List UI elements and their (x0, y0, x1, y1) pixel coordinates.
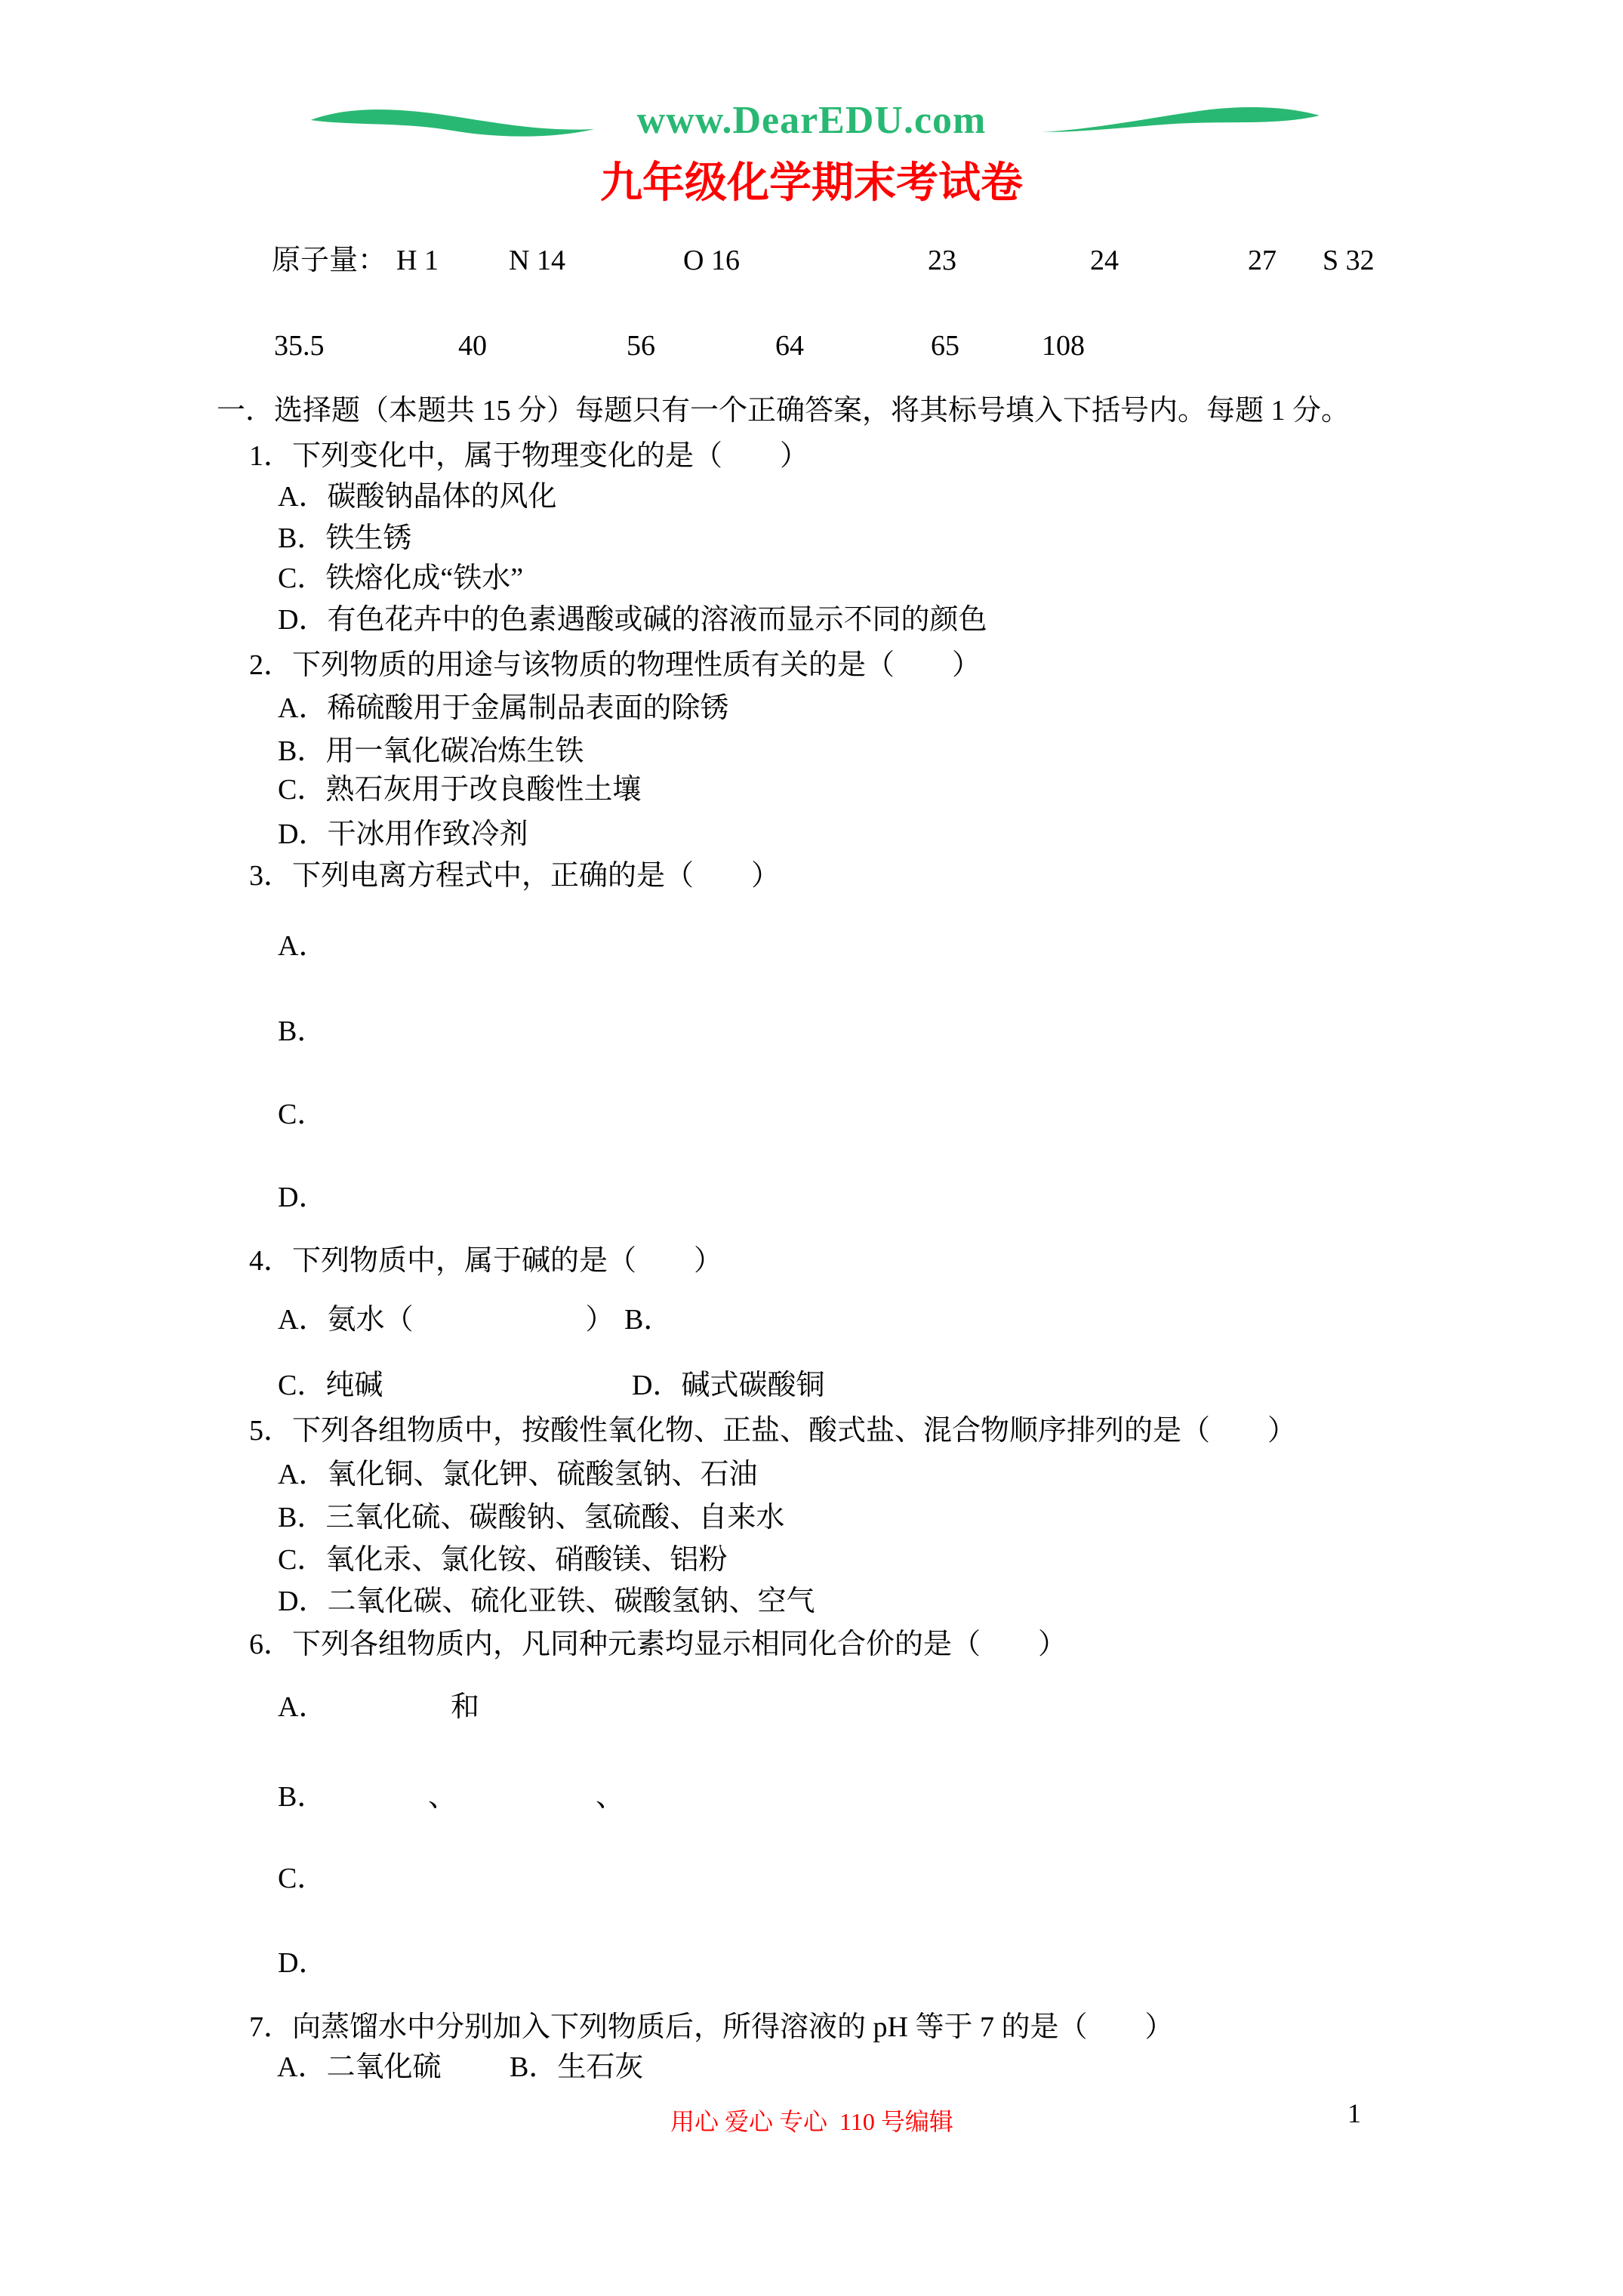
atomic-mass-item: 40 (458, 330, 487, 363)
question-2-option-c: C．熟石灰用于改良酸性土壤 (278, 774, 641, 807)
atomic-mass-item: 35.5 (274, 330, 325, 363)
atomic-masses-row2: 35.5 40 56 64 65 108 (0, 330, 29, 594)
exam-title: 九年级化学期末考试卷 (0, 149, 1623, 210)
question-6-option-d: D． (278, 1947, 327, 1980)
page-number: 1 (1347, 2097, 1361, 2129)
question-5-option-a: A．氧化铜、氯化钾、硫酸氢钠、石油 (278, 1459, 757, 1492)
question-3-option-b: B． (278, 1015, 325, 1049)
atomic-mass-item: 65 (931, 330, 959, 363)
swoosh-right-icon (1040, 103, 1321, 137)
question-5-option-c: C．氧化汞、氯化铵、硝酸镁、铝粉 (278, 1544, 727, 1577)
question-1-option-b: B．铁生锈 (278, 522, 411, 556)
question-1-option-a: A．碳酸钠晶体的风化 (278, 481, 556, 514)
exam-page: www.DearEDU.com 九年级化学期末考试卷 原子量： H 1 N 14… (0, 0, 1623, 2296)
atomic-mass-item: N 14 (509, 245, 565, 278)
question-1-stem: 1．下列变化中，属于物理变化的是（ ） (249, 440, 808, 473)
question-6-option-b: B． 、 、 (0, 1781, 29, 1946)
question-4-option-d: D．碱式碳酸铜 (632, 1370, 824, 1403)
question-7-option-b: B．生石灰 (510, 2051, 643, 2085)
question-2-stem: 2．下列物质的用途与该物质的物理性质有关的是（ ） (249, 649, 981, 683)
atomic-mass-item: 24 (1090, 245, 1119, 278)
atomic-mass-item: 108 (1042, 330, 1085, 363)
logo-text: www.DearEDU.com (0, 98, 1623, 143)
question-1-option-d: D．有色花卉中的色素遇酸或碱的溶液而显示不同的颜色 (278, 604, 987, 637)
question-4-stem: 4．下列物质中，属于碱的是（ ） (249, 1245, 722, 1278)
question-3-stem: 3．下列电离方程式中，正确的是（ ） (249, 860, 780, 893)
question-4-option-c: C．纯碱 (278, 1370, 383, 1403)
question-6-option-b-label: B． (278, 1781, 325, 1814)
section-1-heading: 一．选择题（本题共 15 分）每题只有一个正确答案，将其标号填入下括号内。每题 … (217, 395, 1350, 428)
question-7-option-row: A．二氧化硫 B．生石灰 (0, 2051, 29, 2184)
question-6-option-b-separator-2: 、 (596, 1781, 624, 1814)
atomic-mass-item: 56 (627, 330, 655, 363)
footer-note: 用心 爱心 专心 110 号编辑 (670, 2103, 953, 2137)
atomic-mass-item: 23 (928, 245, 956, 278)
question-6-option-b-separator-1: 、 (428, 1781, 457, 1814)
atomic-mass-item: 27 (1248, 245, 1277, 278)
question-2-option-b: B．用一氧化碳冶炼生铁 (278, 735, 584, 769)
question-2-option-a: A．稀硫酸用于金属制品表面的除锈 (278, 692, 728, 726)
question-3-option-a: A． (278, 930, 327, 963)
atomic-mass-item: 64 (775, 330, 804, 363)
question-6-option-c: C． (278, 1863, 325, 1896)
question-5-option-d: D．二氧化碳、硫化亚铁、碳酸氢钠、空气 (278, 1586, 815, 1619)
question-3-option-c: C． (278, 1099, 325, 1132)
atomic-mass-item: H 1 (396, 245, 439, 278)
question-7-stem: 7．向蒸馏水中分别加入下列物质后，所得溶液的 pH 等于 7 的是（ ） (249, 2011, 1173, 2045)
question-4-option-b: B． (624, 1304, 672, 1337)
question-4-option-a: A．氨水（ ） (278, 1304, 614, 1337)
question-1-option-c: C．铁熔化成“铁水” (278, 562, 523, 596)
question-2-option-d: D．干冰用作致冷剂 (278, 818, 528, 852)
question-6-stem: 6．下列各组物质内，凡同种元素均显示相同化合价的是（ ） (249, 1629, 1067, 1662)
question-7-option-a: A．二氧化硫 (277, 2051, 441, 2085)
atomic-mass-item: O 16 (683, 245, 740, 278)
question-5-stem: 5．下列各组物质中，按酸性氧化物、正盐、酸式盐、混合物顺序排列的是（ ） (249, 1415, 1296, 1448)
question-4-option-row-cd: C．纯碱 D．碱式碳酸铜 (0, 1370, 29, 1502)
atomic-mass-label: 原子量： (272, 245, 387, 278)
question-6-option-a-conjunction: 和 (451, 1691, 479, 1724)
question-3-option-d: D． (278, 1182, 327, 1215)
question-5-option-b: B．三氧化硫、碳酸钠、氢硫酸、自来水 (278, 1502, 784, 1535)
question-6-option-a-label: A． (278, 1691, 327, 1724)
atomic-mass-item: S 32 (1323, 245, 1375, 278)
